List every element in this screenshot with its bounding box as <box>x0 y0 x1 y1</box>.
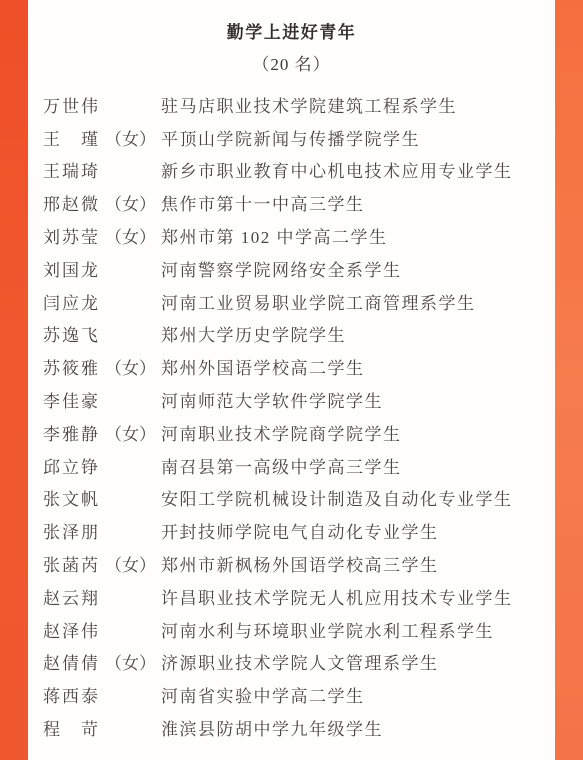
list-item: 闫应龙河南工业贸易职业学院工商管理系学生 <box>43 285 555 318</box>
school-description: 河南职业技术学院商学院学生 <box>161 420 402 445</box>
gender-marker: （女） <box>105 354 161 379</box>
list-item: 赵泽伟河南水利与环境职业学院水利工程系学生 <box>43 613 555 646</box>
honoree-name: 赵倩倩 <box>43 649 105 674</box>
list-item: 赵倩倩（女）济源职业技术学院人文管理系学生 <box>43 646 555 679</box>
school-description: 驻马店职业技术学院建筑工程系学生 <box>161 92 457 117</box>
list-item: 邢赵微（女）焦作市第十一中高三学生 <box>43 186 555 219</box>
honoree-name: 张泽朋 <box>43 518 105 543</box>
gender-marker: （女） <box>105 551 161 576</box>
gender-marker: （女） <box>105 649 161 674</box>
list-item: 李佳豪河南师范大学软件学院学生 <box>43 383 555 416</box>
honoree-name: 王 瑾 <box>43 125 105 150</box>
school-description: 平顶山学院新闻与传播学院学生 <box>161 125 420 150</box>
list-item: 张文帆安阳工学院机械设计制造及自动化专业学生 <box>43 482 555 515</box>
list-item: 苏逸飞郑州大学历史学院学生 <box>43 318 555 351</box>
honoree-name: 闫应龙 <box>43 289 105 314</box>
gender-marker: （女） <box>105 223 161 248</box>
honoree-name: 赵云翔 <box>43 584 105 609</box>
list-item: 万世伟驻马店职业技术学院建筑工程系学生 <box>43 88 555 121</box>
right-border-stripe <box>555 0 583 760</box>
list-item: 李雅静（女）河南职业技术学院商学院学生 <box>43 416 555 449</box>
school-description: 新乡市职业教育中心机电技术应用专业学生 <box>161 157 513 182</box>
honoree-name: 程 苛 <box>43 715 105 740</box>
list-item: 邱立铮南召县第一高级中学高三学生 <box>43 449 555 482</box>
school-description: 南召县第一高级中学高三学生 <box>161 453 402 478</box>
honoree-name: 王瑞琦 <box>43 157 105 182</box>
page-title: 勤学上进好青年 <box>28 21 555 44</box>
list-item: 刘苏莹（女）郑州市第 102 中学高二学生 <box>43 219 555 252</box>
school-description: 淮滨县防胡中学九年级学生 <box>161 715 383 740</box>
honoree-name: 刘苏莹 <box>43 223 105 248</box>
document-page: 勤学上进好青年 （20 名） 万世伟驻马店职业技术学院建筑工程系学生王 瑾（女）… <box>28 0 555 760</box>
gender-marker: （女） <box>105 190 161 215</box>
list-item: 苏筱雅（女）郑州外国语学校高二学生 <box>43 350 555 383</box>
honoree-name: 邢赵微 <box>43 190 105 215</box>
honoree-name: 李佳豪 <box>43 387 105 412</box>
school-description: 安阳工学院机械设计制造及自动化专业学生 <box>161 485 513 510</box>
list-item: 王 瑾（女）平顶山学院新闻与传播学院学生 <box>43 121 555 154</box>
gender-marker: （女） <box>105 420 161 445</box>
list-item: 程 苛淮滨县防胡中学九年级学生 <box>43 711 555 744</box>
school-description: 河南师范大学软件学院学生 <box>161 387 383 412</box>
honoree-name: 万世伟 <box>43 92 105 117</box>
list-item: 张菡芮（女）郑州市新枫杨外国语学校高三学生 <box>43 547 555 580</box>
school-description: 济源职业技术学院人文管理系学生 <box>161 649 439 674</box>
school-description: 河南省实验中学高二学生 <box>161 682 365 707</box>
school-description: 郑州大学历史学院学生 <box>161 321 346 346</box>
list-item: 刘国龙河南警察学院网络安全系学生 <box>43 252 555 285</box>
school-description: 开封技师学院电气自动化专业学生 <box>161 518 439 543</box>
honoree-name: 李雅静 <box>43 420 105 445</box>
school-description: 郑州外国语学校高二学生 <box>161 354 365 379</box>
honoree-name: 刘国龙 <box>43 256 105 281</box>
honoree-name: 赵泽伟 <box>43 617 105 642</box>
gender-marker: （女） <box>105 125 161 150</box>
school-description: 河南水利与环境职业学院水利工程系学生 <box>161 617 494 642</box>
honoree-name: 蒋西泰 <box>43 682 105 707</box>
school-description: 焦作市第十一中高三学生 <box>161 190 365 215</box>
honoree-name: 苏逸飞 <box>43 321 105 346</box>
count-label: （20 名） <box>28 54 555 76</box>
honoree-name: 张文帆 <box>43 485 105 510</box>
school-description: 郑州市新枫杨外国语学校高三学生 <box>161 551 439 576</box>
school-description: 河南警察学院网络安全系学生 <box>161 256 402 281</box>
list-item: 张泽朋开封技师学院电气自动化专业学生 <box>43 514 555 547</box>
honoree-name: 张菡芮 <box>43 551 105 576</box>
left-border-stripe <box>0 0 28 760</box>
honoree-list: 万世伟驻马店职业技术学院建筑工程系学生王 瑾（女）平顶山学院新闻与传播学院学生王… <box>28 88 555 744</box>
honoree-name: 苏筱雅 <box>43 354 105 379</box>
school-description: 许昌职业技术学院无人机应用技术专业学生 <box>161 584 513 609</box>
honoree-name: 邱立铮 <box>43 453 105 478</box>
list-item: 蒋西泰河南省实验中学高二学生 <box>43 678 555 711</box>
list-item: 赵云翔许昌职业技术学院无人机应用技术专业学生 <box>43 580 555 613</box>
school-description: 郑州市第 102 中学高二学生 <box>161 223 388 248</box>
school-description: 河南工业贸易职业学院工商管理系学生 <box>161 289 476 314</box>
list-item: 王瑞琦新乡市职业教育中心机电技术应用专业学生 <box>43 154 555 187</box>
